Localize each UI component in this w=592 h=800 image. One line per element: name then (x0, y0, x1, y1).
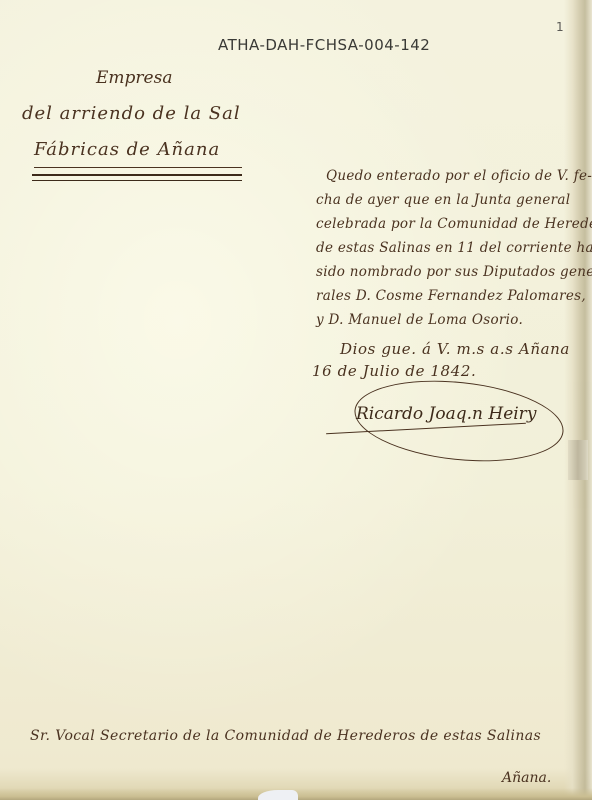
body-line: cha de ayer que en la Junta general (316, 192, 570, 208)
closing-line-1: Dios gue. á V. m.s a.s Añana (340, 340, 570, 358)
addressee-place: Añana. (502, 770, 551, 786)
folio-number: 1 (556, 20, 564, 34)
paper-right-edge (564, 0, 592, 800)
signature-name: Ricardo Joaq.n Heiry (356, 404, 536, 424)
signature: Ricardo Joaq.n Heiry (326, 382, 566, 462)
body-line: sido nombrado por sus Diputados gene- (316, 264, 592, 280)
document-page: 1 ATHA-DAH-FCHSA-004-142 Empresa del arr… (0, 0, 592, 800)
letterhead-line-2: del arriendo de la Sal (22, 103, 241, 124)
letterhead-double-rule (32, 174, 242, 181)
letterhead-line-1: Empresa (96, 68, 172, 88)
body-line: y D. Manuel de Loma Osorio. (316, 312, 523, 328)
closing-line-2: 16 de Julio de 1842. (312, 362, 476, 380)
body-line: de estas Salinas en 11 del corriente ha (316, 240, 592, 256)
paper-tear (258, 790, 298, 800)
archive-code: ATHA-DAH-FCHSA-004-142 (218, 36, 430, 54)
body-line: rales D. Cosme Fernandez Palomares, (316, 288, 586, 304)
body-line: celebrada por la Comunidad de Herederos (316, 216, 592, 232)
letterhead-line-3: Fábricas de Añana (34, 139, 220, 160)
addressee-line: Sr. Vocal Secretario de la Comunidad de … (30, 728, 541, 744)
letterhead-underline (34, 167, 242, 168)
body-line: Quedo enterado por el oficio de V. fe- (326, 168, 592, 184)
